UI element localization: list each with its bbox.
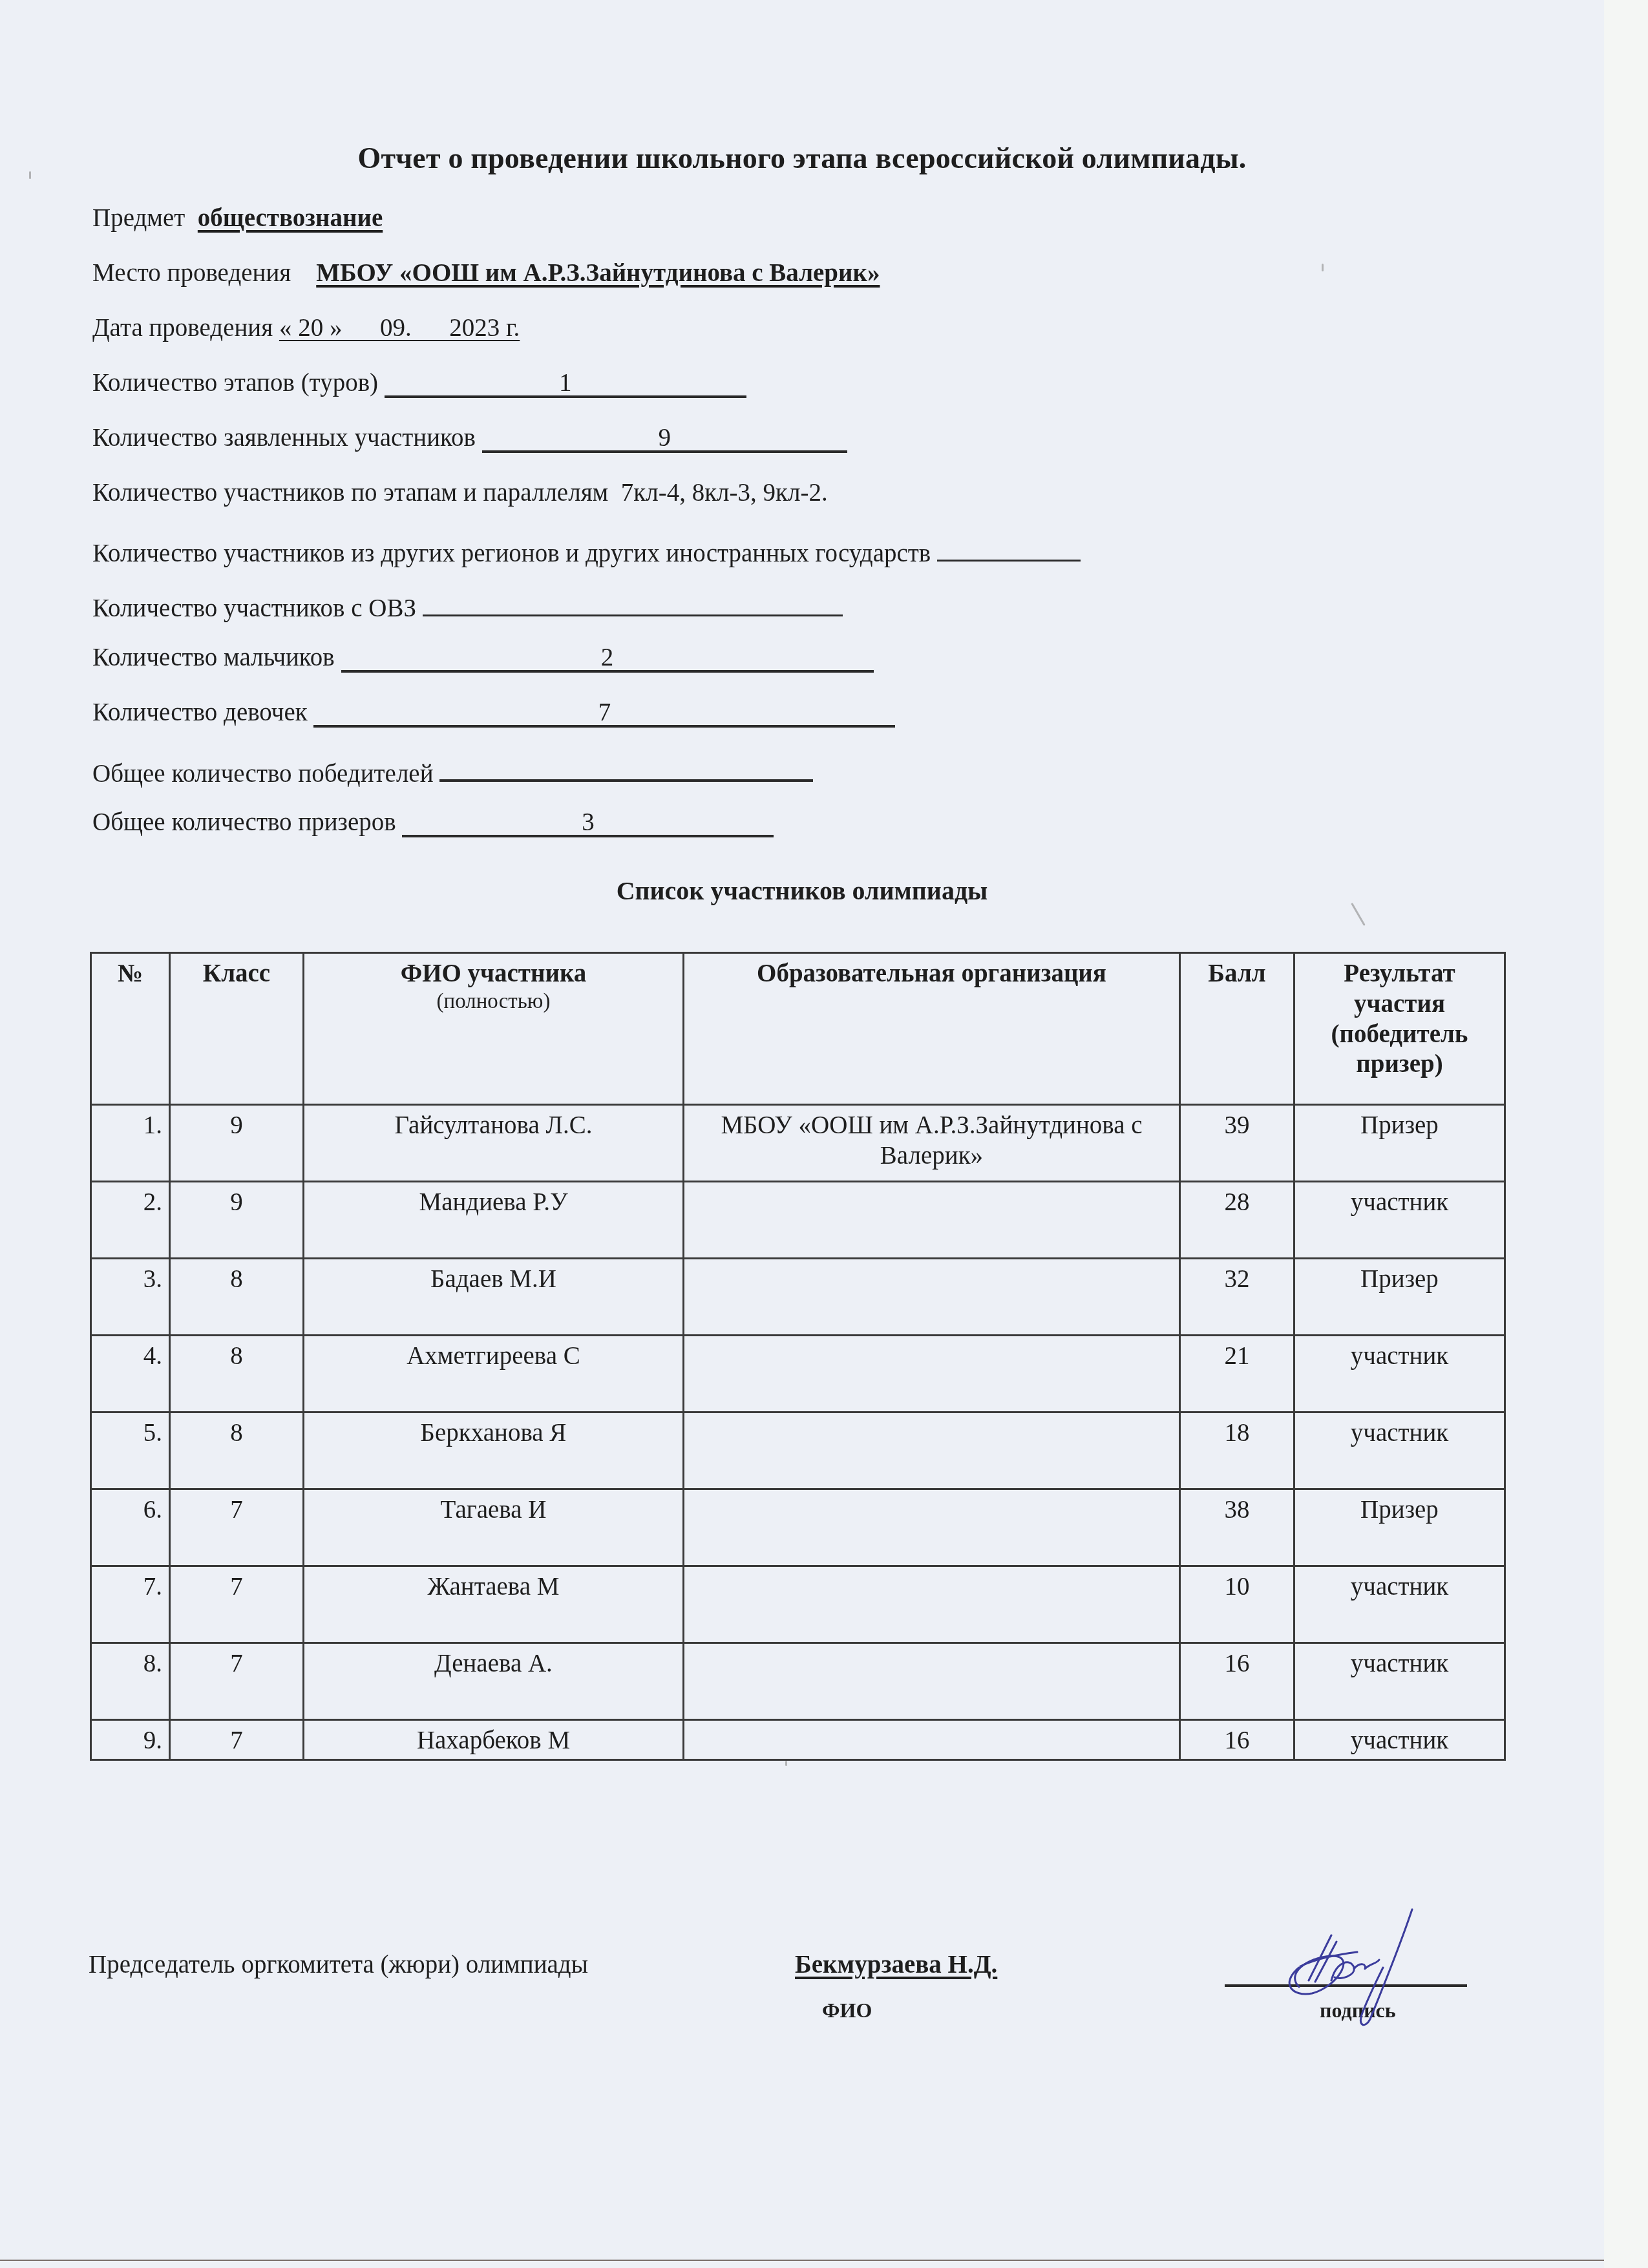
scan-artifact xyxy=(29,171,31,179)
header-name-title: ФИО участника xyxy=(401,960,587,987)
girls-label: Количество девочек xyxy=(92,698,308,726)
cell-name: Денаева А. xyxy=(304,1643,684,1720)
cell-num: 3. xyxy=(91,1259,170,1336)
ovz-label: Количество участников с ОВЗ xyxy=(92,594,416,622)
cell-result: участник xyxy=(1294,1336,1505,1412)
cell-result: участник xyxy=(1294,1720,1505,1760)
cell-name: Жантаева М xyxy=(304,1566,684,1643)
field-boys: Количество мальчиков 2 xyxy=(92,645,874,673)
participants-table: № Класс ФИО участника (полностью) Образо… xyxy=(90,952,1506,1761)
boys-value: 2 xyxy=(341,646,874,673)
cell-grade: 8 xyxy=(170,1412,304,1489)
cell-num: 4. xyxy=(91,1336,170,1412)
date-value: « 20 » 09. 2023 г. xyxy=(279,314,520,342)
prizewinners-label: Общее количество призеров xyxy=(92,808,396,836)
table-row: 4.8Ахметгиреева С21участник xyxy=(91,1336,1505,1412)
field-by-stage: Количество участников по этапам и паралл… xyxy=(92,480,828,505)
boys-label: Количество мальчиков xyxy=(92,644,335,671)
ovz-value xyxy=(423,590,843,616)
stages-label: Количество этапов (туров) xyxy=(92,369,378,397)
field-date: Дата проведения « 20 » 09. 2023 г. xyxy=(92,315,520,341)
fio-caption: ФИО xyxy=(822,1999,872,2022)
cell-org xyxy=(684,1182,1180,1259)
cell-result: участник xyxy=(1294,1182,1505,1259)
field-venue: Место проведения МБОУ «ООШ им А.Р.З.Зайн… xyxy=(92,260,880,286)
cell-org xyxy=(684,1336,1180,1412)
cell-org xyxy=(684,1489,1180,1566)
declared-label: Количество заявленных участников xyxy=(92,424,476,452)
cell-grade: 7 xyxy=(170,1643,304,1720)
table-header-row: № Класс ФИО участника (полностью) Образо… xyxy=(91,953,1505,1105)
table-row: 5.8Беркханова Я18участник xyxy=(91,1412,1505,1489)
cell-score: 39 xyxy=(1180,1105,1294,1182)
field-winners: Общее количество победителей xyxy=(92,755,813,786)
table-row: 1.9Гайсултанова Л.С.МБОУ «ООШ им А.Р.З.З… xyxy=(91,1105,1505,1182)
header-num: № xyxy=(91,953,170,1105)
cell-grade: 7 xyxy=(170,1720,304,1760)
cell-name: Тагаева И xyxy=(304,1489,684,1566)
cell-score: 32 xyxy=(1180,1259,1294,1336)
cell-org xyxy=(684,1259,1180,1336)
header-result-line: (победитель xyxy=(1331,1020,1468,1048)
cell-num: 5. xyxy=(91,1412,170,1489)
stages-value: 1 xyxy=(385,371,746,398)
cell-org: МБОУ «ООШ им А.Р.З.Зайнутдинова с Валери… xyxy=(684,1105,1180,1182)
header-result: Результат участия (победитель призер) xyxy=(1294,953,1505,1105)
cell-num: 6. xyxy=(91,1489,170,1566)
field-subject: Предмет обществознание xyxy=(92,205,383,231)
scan-artifact xyxy=(1322,264,1324,271)
table-row: 6.7Тагаева И38Призер xyxy=(91,1489,1505,1566)
header-result-line: Результат xyxy=(1344,960,1455,987)
cell-grade: 8 xyxy=(170,1259,304,1336)
cell-org xyxy=(684,1720,1180,1760)
foreign-value xyxy=(937,535,1081,562)
field-foreign: Количество участников из других регионов… xyxy=(92,535,1081,566)
cell-grade: 9 xyxy=(170,1182,304,1259)
by-stage-value: 7кл-4, 8кл-3, 9кл-2. xyxy=(621,479,828,507)
date-label: Дата проведения xyxy=(92,314,273,342)
winners-label: Общее количество победителей xyxy=(92,760,434,788)
field-stages: Количество этапов (туров) 1 xyxy=(92,370,746,398)
cell-num: 7. xyxy=(91,1566,170,1643)
cell-num: 2. xyxy=(91,1182,170,1259)
header-org: Образовательная организация xyxy=(684,953,1180,1105)
header-score: Балл xyxy=(1180,953,1294,1105)
field-girls: Количество девочек 7 xyxy=(92,700,895,728)
scan-artifact xyxy=(785,1761,787,1766)
cell-grade: 7 xyxy=(170,1489,304,1566)
cell-result: участник xyxy=(1294,1412,1505,1489)
prizewinners-value: 3 xyxy=(402,810,774,837)
cell-score: 16 xyxy=(1180,1643,1294,1720)
participants-list-title: Список участников олимпиады xyxy=(0,876,1604,906)
table-row: 7.7Жантаева М10участник xyxy=(91,1566,1505,1643)
field-ovz: Количество участников с ОВЗ xyxy=(92,590,843,621)
cell-num: 1. xyxy=(91,1105,170,1182)
header-result-line: призер) xyxy=(1356,1050,1442,1078)
document-title: Отчет о проведении школьного этапа всеро… xyxy=(0,141,1604,175)
cell-result: Призер xyxy=(1294,1105,1505,1182)
cell-num: 8. xyxy=(91,1643,170,1720)
venue-value: МБОУ «ООШ им А.Р.З.Зайнутдинова с Валери… xyxy=(316,259,880,287)
chair-name: Бекмурзаева Н.Д. xyxy=(795,1950,997,1979)
cell-score: 16 xyxy=(1180,1720,1294,1760)
foreign-label: Количество участников из других регионов… xyxy=(92,540,931,567)
header-grade: Класс xyxy=(170,953,304,1105)
cell-name: Беркханова Я xyxy=(304,1412,684,1489)
cell-score: 28 xyxy=(1180,1182,1294,1259)
cell-result: участник xyxy=(1294,1566,1505,1643)
field-prizewinners: Общее количество призеров 3 xyxy=(92,810,774,837)
cell-org xyxy=(684,1412,1180,1489)
table-row: 3.8Бадаев М.И32Призер xyxy=(91,1259,1505,1336)
cell-grade: 9 xyxy=(170,1105,304,1182)
cell-grade: 7 xyxy=(170,1566,304,1643)
header-name-note: (полностью) xyxy=(308,989,679,1015)
venue-label: Место проведения xyxy=(92,259,291,287)
cell-name: Ахметгиреева С xyxy=(304,1336,684,1412)
cell-grade: 8 xyxy=(170,1336,304,1412)
cell-score: 38 xyxy=(1180,1489,1294,1566)
field-declared: Количество заявленных участников 9 xyxy=(92,425,847,453)
cell-result: Призер xyxy=(1294,1489,1505,1566)
cell-org xyxy=(684,1566,1180,1643)
handwritten-signature-icon xyxy=(1260,1896,1428,2032)
girls-value: 7 xyxy=(313,700,895,728)
table-row: 2.9Мандиева Р.У28участник xyxy=(91,1182,1505,1259)
header-result-line: участия xyxy=(1354,990,1445,1018)
cell-score: 21 xyxy=(1180,1336,1294,1412)
subject-value: обществознание xyxy=(198,204,383,232)
winners-value xyxy=(439,755,813,782)
scan-edge xyxy=(1604,0,1648,2268)
cell-org xyxy=(684,1643,1180,1720)
table-row: 9.7Нахарбеков М16участник xyxy=(91,1720,1505,1760)
cell-num: 9. xyxy=(91,1720,170,1760)
declared-value: 9 xyxy=(482,426,847,453)
table-row: 8.7Денаева А.16участник xyxy=(91,1643,1505,1720)
cell-name: Нахарбеков М xyxy=(304,1720,684,1760)
by-stage-label: Количество участников по этапам и паралл… xyxy=(92,479,608,507)
chair-label: Председатель оргкомитета (жюри) олимпиад… xyxy=(89,1950,588,1979)
subject-label: Предмет xyxy=(92,204,185,232)
cell-name: Бадаев М.И xyxy=(304,1259,684,1336)
cell-result: Призер xyxy=(1294,1259,1505,1336)
cell-result: участник xyxy=(1294,1643,1505,1720)
cell-name: Гайсултанова Л.С. xyxy=(304,1105,684,1182)
header-name: ФИО участника (полностью) xyxy=(304,953,684,1105)
cell-name: Мандиева Р.У xyxy=(304,1182,684,1259)
cell-score: 18 xyxy=(1180,1412,1294,1489)
cell-score: 10 xyxy=(1180,1566,1294,1643)
